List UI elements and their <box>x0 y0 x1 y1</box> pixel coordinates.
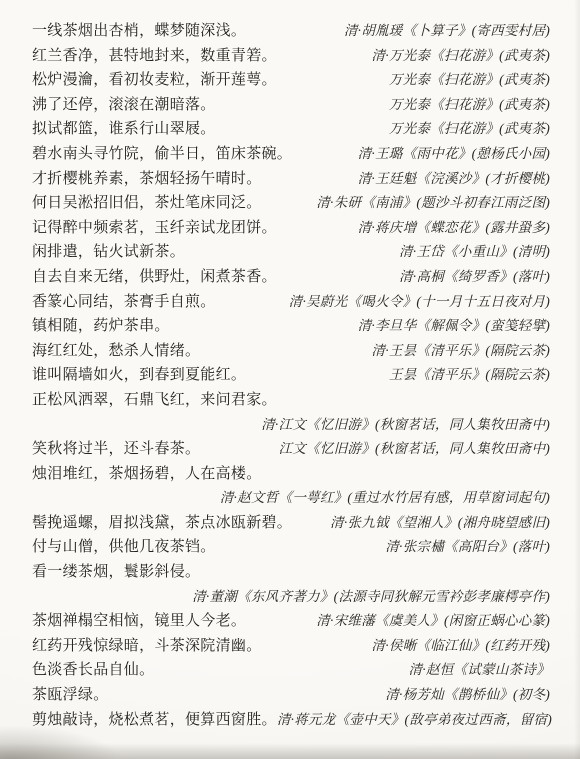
attribution-row: 清·江文《忆旧游》(秋窗茗话，同人集牧田斋中) <box>32 413 550 438</box>
attribution-text: 清·朱研《南浦》(题沙斗初春江雨泛图) <box>316 191 550 216</box>
poem-row: 烛泪堆红，茶烟扬碧，人在高楼。 <box>32 462 550 487</box>
poem-row: 海红红处，愁杀人情绪。清·王昙《清平乐》(隔院云茶) <box>32 339 550 364</box>
verse-text: 自去自来无绪，供野灶，闲煮茶香。 <box>32 265 277 290</box>
attribution-text: 清·高桐《绮罗香》(落叶) <box>399 265 550 290</box>
attribution-text: 清·王廷魁《浣溪沙》(才折樱桃) <box>358 167 550 192</box>
attribution-text: 清·蒋元龙《壶中天》(敔亭弟夜过西斋，留宿) <box>277 708 552 733</box>
verse-text: 红药开残惊绿暗，斗茶深院清幽。 <box>32 634 262 659</box>
poem-row: 闲排遣，钻火试新茶。清·王岱《小重山》(清明) <box>32 240 550 265</box>
verse-text: 海红红处，愁杀人情绪。 <box>32 339 200 364</box>
verse-text: 记得醉中频索茗，玉纤亲试龙团饼。 <box>32 216 277 241</box>
page-edge-shadow-bottom <box>0 743 580 759</box>
verse-text: 拟试都篮，谁系行山翠屐。 <box>32 117 216 142</box>
attribution-text: 清·蒋庆增《蝶恋花》(露井蛩多) <box>358 216 550 241</box>
verse-text: 沸了还停，滚滚在潮暗落。 <box>32 93 216 118</box>
poem-row: 剪烛敲诗，烧松煮茗，便算西窗胜。清·蒋元龙《壶中天》(敔亭弟夜过西斋，留宿) <box>32 708 550 733</box>
poem-row: 才折樱桃养素，茶烟轻扬午晴时。清·王廷魁《浣溪沙》(才折樱桃) <box>32 167 550 192</box>
poem-row: 茶瓯浮绿。清·杨芳灿《鹊桥仙》(初冬) <box>32 683 550 708</box>
verse-text: 剪烛敲诗，烧松煮茗，便算西窗胜。 <box>32 708 277 733</box>
attribution-text: 清·万光泰《扫花游》(武夷茶) <box>371 44 550 69</box>
poem-row: 色淡香长品自仙。清·赵恒《试蒙山茶诗》 <box>32 658 550 683</box>
poem-row: 香篆心同结，茶膏手自煎。清·吴蔚光《喝火令》(十一月十五日夜对月) <box>32 290 550 315</box>
attribution-text: 清·王岱《小重山》(清明) <box>399 240 550 265</box>
poem-list: 一线茶烟出杏梢，蝶梦随深浅。清·胡胤瑗《卜算子》(寄西雯村居)红兰香净，甚特地封… <box>32 19 550 732</box>
poem-row: 茶烟禅榻空相恼，镜里人今老。清·宋维藩《虞美人》(闲窗正蜗心心篆) <box>32 609 550 634</box>
poem-row: 沸了还停，滚滚在潮暗落。万光泰《扫花游》(武夷茶) <box>32 93 550 118</box>
poem-row: 松炉漫瀹，看初妆麦粒，渐开莲萼。万光泰《扫花游》(武夷茶) <box>32 68 550 93</box>
verse-text: 才折樱桃养素，茶烟轻扬午晴时。 <box>32 167 262 192</box>
attribution-text: 清·胡胤瑗《卜算子》(寄西雯村居) <box>344 19 550 44</box>
poem-row: 正松风洒翠，石鼎飞红，来问君家。 <box>32 388 550 413</box>
poem-row: 镇相随，药炉茶串。清·李旦华《解佩令》(蛮笺轻擘) <box>32 314 550 339</box>
attribution-text: 清·张宗橚《高阳台》(落叶) <box>385 535 550 560</box>
verse-text: 看一缕茶烟，鬟影斜侵。 <box>32 560 200 585</box>
verse-text: 镇相随，药炉茶串。 <box>32 314 170 339</box>
verse-text: 香篆心同结，茶膏手自煎。 <box>32 290 216 315</box>
attribution-text: 清·杨芳灿《鹊桥仙》(初冬) <box>385 683 550 708</box>
verse-text: 茶烟禅榻空相恼，镜里人今老。 <box>32 609 246 634</box>
attribution-row: 清·董潮《东风齐著力》(法源寺同狄解元雪衿彭孝廉樗亭作) <box>32 585 550 610</box>
poem-row: 红药开残惊绿暗，斗茶深院清幽。清·侯晰《临江仙》(红药开残) <box>32 634 550 659</box>
attribution-text: 清·江文《忆旧游》(秋窗茗话，同人集牧田斋中) <box>261 413 550 438</box>
attribution-text: 万光泰《扫花游》(武夷茶) <box>389 117 550 142</box>
attribution-text: 清·李旦华《解佩令》(蛮笺轻擘) <box>358 314 550 339</box>
poem-row: 记得醉中频索茗，玉纤亲试龙团饼。清·蒋庆增《蝶恋花》(露井蛩多) <box>32 216 550 241</box>
poem-row: 谁叫隔墙如火，到春到夏能红。王昙《清平乐》(隔院云茶) <box>32 363 550 388</box>
attribution-text: 万光泰《扫花游》(武夷茶) <box>389 93 550 118</box>
verse-text: 闲排遣，钻火试新茶。 <box>32 240 185 265</box>
verse-text: 笑秋将过半，还斗春茶。 <box>32 437 200 462</box>
verse-text: 松炉漫瀹，看初妆麦粒，渐开莲萼。 <box>32 68 277 93</box>
poem-row: 拟试都篮，谁系行山翠屐。万光泰《扫花游》(武夷茶) <box>32 117 550 142</box>
verse-text: 一线茶烟出杏梢，蝶梦随深浅。 <box>32 19 246 44</box>
verse-text: 正松风洒翠，石鼎飞红，来问君家。 <box>32 388 277 413</box>
verse-text: 碧水南头寻竹院，偷半日，笛床茶碗。 <box>32 142 292 167</box>
attribution-text: 清·赵恒《试蒙山茶诗》 <box>408 658 550 683</box>
attribution-text: 清·宋维藩《虞美人》(闲窗正蜗心心篆) <box>316 609 550 634</box>
page-edge-shadow-right <box>574 0 580 759</box>
attribution-text: 清·吴蔚光《喝火令》(十一月十五日夜对月) <box>289 290 550 315</box>
verse-text: 烛泪堆红，茶烟扬碧，人在高楼。 <box>32 462 262 487</box>
attribution-text: 清·王昙《清平乐》(隔院云茶) <box>371 339 550 364</box>
verse-text: 髻挽遥螺，眉拟浅黛，茶点冰瓯新碧。 <box>32 511 292 536</box>
attribution-text: 清·王璐《雨中花》(憩杨氏小园) <box>358 142 550 167</box>
attribution-row: 清·赵文哲《一萼红》(重过水竹居有感，用草窗词起句) <box>32 486 550 511</box>
attribution-text: 清·侯晰《临江仙》(红药开残) <box>371 634 550 659</box>
poem-row: 何日吴淞招旧侣，茶灶笔床同泛。清·朱研《南浦》(题沙斗初春江雨泛图) <box>32 191 550 216</box>
book-page: 一线茶烟出杏梢，蝶梦随深浅。清·胡胤瑗《卜算子》(寄西雯村居)红兰香净，甚特地封… <box>0 0 580 759</box>
poem-row: 付与山僧，供他几夜茶铛。清·张宗橚《高阳台》(落叶) <box>32 535 550 560</box>
attribution-text: 清·赵文哲《一萼红》(重过水竹居有感，用草窗词起句) <box>220 486 550 511</box>
attribution-text: 江文《忆旧游》(秋窗茗话，同人集牧田斋中) <box>278 437 550 462</box>
verse-text: 谁叫隔墙如火，到春到夏能红。 <box>32 363 246 388</box>
verse-text: 红兰香净，甚特地封来，数重青箬。 <box>32 44 277 69</box>
poem-row: 红兰香净，甚特地封来，数重青箬。清·万光泰《扫花游》(武夷茶) <box>32 44 550 69</box>
attribution-text: 清·张九钺《望湘人》(湘舟晓望感旧) <box>330 511 550 536</box>
verse-text: 色淡香长品自仙。 <box>32 658 154 683</box>
verse-text: 何日吴淞招旧侣，茶灶笔床同泛。 <box>32 191 262 216</box>
poem-row: 笑秋将过半，还斗春茶。江文《忆旧游》(秋窗茗话，同人集牧田斋中) <box>32 437 550 462</box>
poem-row: 碧水南头寻竹院，偷半日，笛床茶碗。清·王璐《雨中花》(憩杨氏小园) <box>32 142 550 167</box>
poem-row: 一线茶烟出杏梢，蝶梦随深浅。清·胡胤瑗《卜算子》(寄西雯村居) <box>32 19 550 44</box>
poem-row: 自去自来无绪，供野灶，闲煮茶香。清·高桐《绮罗香》(落叶) <box>32 265 550 290</box>
attribution-text: 清·董潮《东风齐著力》(法源寺同狄解元雪衿彭孝廉樗亭作) <box>192 585 550 610</box>
verse-text: 茶瓯浮绿。 <box>32 683 109 708</box>
verse-text: 付与山僧，供他几夜茶铛。 <box>32 535 216 560</box>
poem-row: 髻挽遥螺，眉拟浅黛，茶点冰瓯新碧。清·张九钺《望湘人》(湘舟晓望感旧) <box>32 511 550 536</box>
attribution-text: 万光泰《扫花游》(武夷茶) <box>389 68 550 93</box>
poem-row: 看一缕茶烟，鬟影斜侵。 <box>32 560 550 585</box>
attribution-text: 王昙《清平乐》(隔院云茶) <box>389 363 550 388</box>
